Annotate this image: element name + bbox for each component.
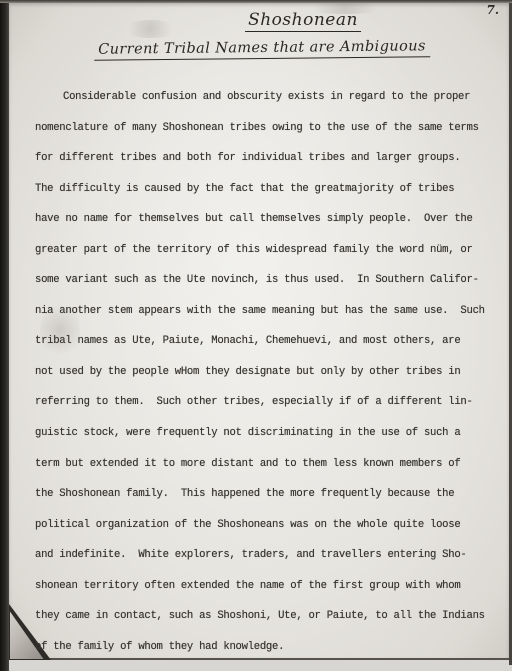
typed-line: they came in contact, such as Shoshoni, … (35, 601, 495, 632)
typed-line: not used by the people wHom they designa… (35, 357, 495, 388)
typed-line: the Shoshonean family. This happened the… (35, 479, 495, 510)
typed-line: guistic stock, were frequently not discr… (35, 418, 495, 449)
scan-edge-left (0, 0, 9, 671)
typed-paragraph: Considerable confusion and obscurity exi… (35, 82, 495, 662)
page-number: 7. (486, 3, 499, 17)
page-subtitle: Current Tribal Names that are Ambiguous (94, 38, 430, 61)
typed-line: nomenclature of many Shoshonean tribes o… (35, 113, 495, 144)
typed-line: of the family of whom they had knowledge… (35, 632, 495, 663)
typed-line: The difficulty is caused by the fact tha… (35, 174, 495, 205)
typed-line: tribal names as Ute, Paiute, Monachi, Ch… (35, 326, 495, 357)
typed-line: nia another stem appears with the same m… (35, 296, 495, 327)
typed-line: term but extended it to more distant and… (35, 449, 495, 480)
typed-line: shonean territory often extended the nam… (35, 571, 495, 602)
typed-line: and indefinite. White explorers, traders… (35, 540, 495, 571)
typed-line: have no name for themselves but call the… (35, 204, 495, 235)
typed-line: referring to them. Such other tribes, es… (35, 387, 495, 418)
scanned-document-page: Shoshonean Current Tribal Names that are… (0, 0, 512, 671)
typed-line: political organization of the Shoshonean… (35, 510, 495, 541)
typed-line: for different tribes and both for indivi… (35, 143, 495, 174)
scan-edge-top (0, 0, 512, 3)
typed-line: some variant such as the Ute novinch, is… (35, 265, 495, 296)
scan-smudge (40, 300, 80, 360)
scan-smudge (120, 20, 180, 38)
scan-smudge (300, 2, 390, 14)
typed-line: greater part of the territory of this wi… (35, 235, 495, 266)
typed-line: Considerable confusion and obscurity exi… (35, 82, 495, 113)
